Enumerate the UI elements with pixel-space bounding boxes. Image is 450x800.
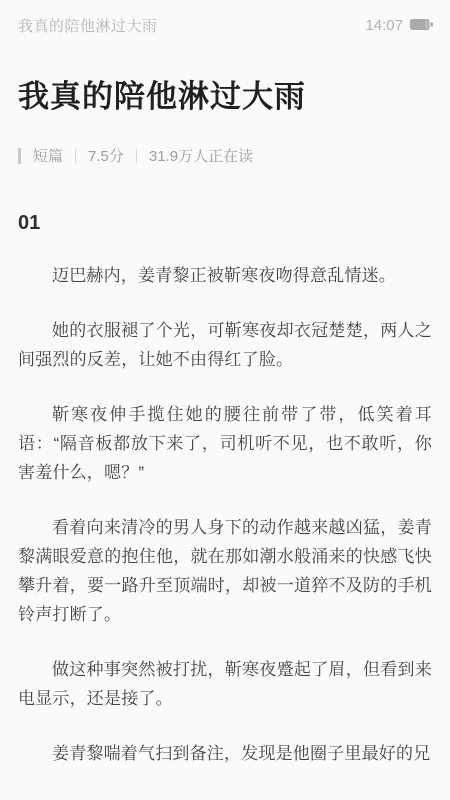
chapter-number: 01 bbox=[18, 212, 432, 235]
meta-rating: 7.5分 bbox=[88, 145, 124, 166]
meta-accent-bar bbox=[18, 148, 21, 164]
story-paragraph: 姜青黎喘着气扫到备注，发现是他圈子里最好的兄 bbox=[18, 739, 432, 768]
meta-divider bbox=[75, 149, 76, 163]
meta-divider bbox=[136, 149, 137, 163]
status-bar: 我真的陪他淋过大雨 14:07 bbox=[0, 0, 450, 50]
story-paragraph: 她的衣服褪了个光，可靳寒夜却衣冠楚楚，两人之间强烈的反差，让她不由得红了脸。 bbox=[18, 316, 432, 374]
meta-readers-count: 31.9万人正在读 bbox=[149, 145, 253, 166]
book-meta-row: 短篇 7.5分 31.9万人正在读 bbox=[18, 145, 432, 166]
story-paragraph: 靳寒夜伸手揽住她的腰往前带了带，低笑着耳语：“隔音板都放下来了，司机听不见，也不… bbox=[18, 400, 432, 487]
story-paragraph: 做这种事突然被打扰，靳寒夜蹙起了眉，但看到来电显示，还是接了。 bbox=[18, 655, 432, 713]
story-paragraph: 迈巴赫内，姜青黎正被靳寒夜吻得意乱情迷。 bbox=[18, 261, 432, 290]
page-title: 我真的陪他淋过大雨 bbox=[18, 78, 432, 115]
clock-time: 14:07 bbox=[365, 17, 403, 34]
statusbar-right: 14:07 bbox=[365, 17, 433, 34]
reading-content[interactable]: 我真的陪他淋过大雨 短篇 7.5分 31.9万人正在读 01 迈巴赫内，姜青黎正… bbox=[0, 78, 450, 768]
story-paragraph: 看着向来清冷的男人身下的动作越来越凶猛，姜青黎满眼爱意的抱住他，就在那如潮水般涌… bbox=[18, 513, 432, 629]
story-paragraphs: 迈巴赫内，姜青黎正被靳寒夜吻得意乱情迷。 她的衣服褪了个光，可靳寒夜却衣冠楚楚，… bbox=[18, 261, 432, 768]
statusbar-book-title: 我真的陪他淋过大雨 bbox=[18, 15, 158, 36]
battery-icon bbox=[410, 19, 433, 31]
meta-category: 短篇 bbox=[33, 145, 63, 166]
reader-screen: 我真的陪他淋过大雨 14:07 我真的陪他淋过大雨 短篇 7.5分 31.9万人… bbox=[0, 0, 450, 800]
